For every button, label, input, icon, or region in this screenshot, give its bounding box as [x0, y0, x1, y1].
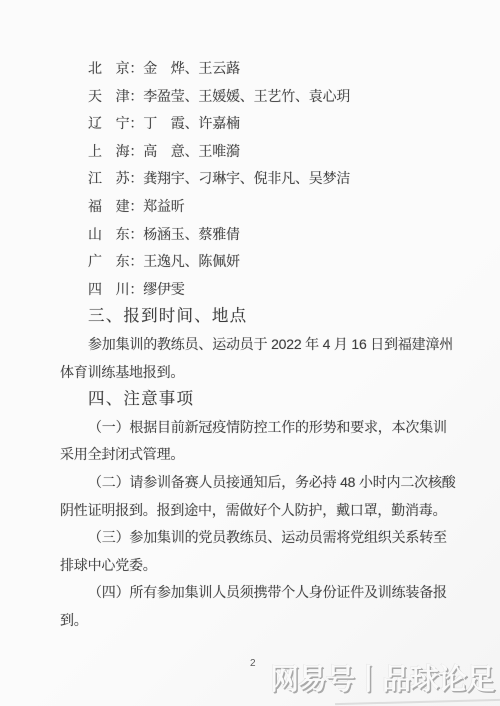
note-item-line: 阴性证明报到。报到途中，需做好个人防护，戴口罩，勤消毒。	[60, 497, 452, 525]
roster-line-liaoning: 辽 宁：丁 霞、许嘉楠	[60, 110, 452, 138]
body-line: 参加集训的教练员、运动员于 2022 年 4 月 16 日到福建漳州	[60, 331, 452, 359]
roster-line-guangdong: 广 东：王逸凡、陈佩妍	[60, 248, 452, 276]
scan-artifact-line	[335, 699, 500, 705]
note-item-line: 到。	[60, 607, 452, 635]
note-item-line: （四）所有参加集训人员须携带个人身份证件及训练装备报	[60, 579, 452, 607]
scanned-document-page: 北 京：金 烨、王云蕗 天 津：李盈莹、王媛媛、王艺竹、袁心玥 辽 宁：丁 霞、…	[0, 0, 500, 706]
roster-line-shanghai: 上 海：高 意、王唯漪	[60, 138, 452, 166]
note-item-line: （三）参加集训的党员教练员、运动员需将党组织关系转至	[60, 524, 452, 552]
page-number: 2	[250, 658, 256, 669]
roster-line-tianjin: 天 津：李盈莹、王媛媛、王艺竹、袁心玥	[60, 83, 452, 111]
body-line: 体育训练基地报到。	[60, 359, 452, 387]
roster-line-fujian: 福 建：郑益昕	[60, 193, 452, 221]
section-heading-notes: 四、注意事项	[60, 386, 452, 414]
note-item-line: 排球中心党委。	[60, 552, 452, 580]
section-heading-report-time-place: 三、报到时间、地点	[60, 303, 452, 331]
document-content: 北 京：金 烨、王云蕗 天 津：李盈莹、王媛媛、王艺竹、袁心玥 辽 宁：丁 霞、…	[60, 55, 452, 634]
netease-watermark: 网易号丨品球论足	[270, 657, 494, 698]
roster-line-sichuan: 四 川：缪伊雯	[60, 276, 452, 304]
roster-line-shandong: 山 东：杨涵玉、蔡雅倩	[60, 221, 452, 249]
note-item-line: 采用全封闭式管理。	[60, 441, 452, 469]
note-item-line: （一）根据目前新冠疫情防控工作的形势和要求，本次集训	[60, 414, 452, 442]
roster-line-beijing: 北 京：金 烨、王云蕗	[60, 55, 452, 83]
note-item-line: （二）请参训备赛人员接通知后，务必持 48 小时内二次核酸	[60, 469, 452, 497]
roster-line-jiangsu: 江 苏：龚翔宇、刁琳宇、倪非凡、吴梦洁	[60, 165, 452, 193]
